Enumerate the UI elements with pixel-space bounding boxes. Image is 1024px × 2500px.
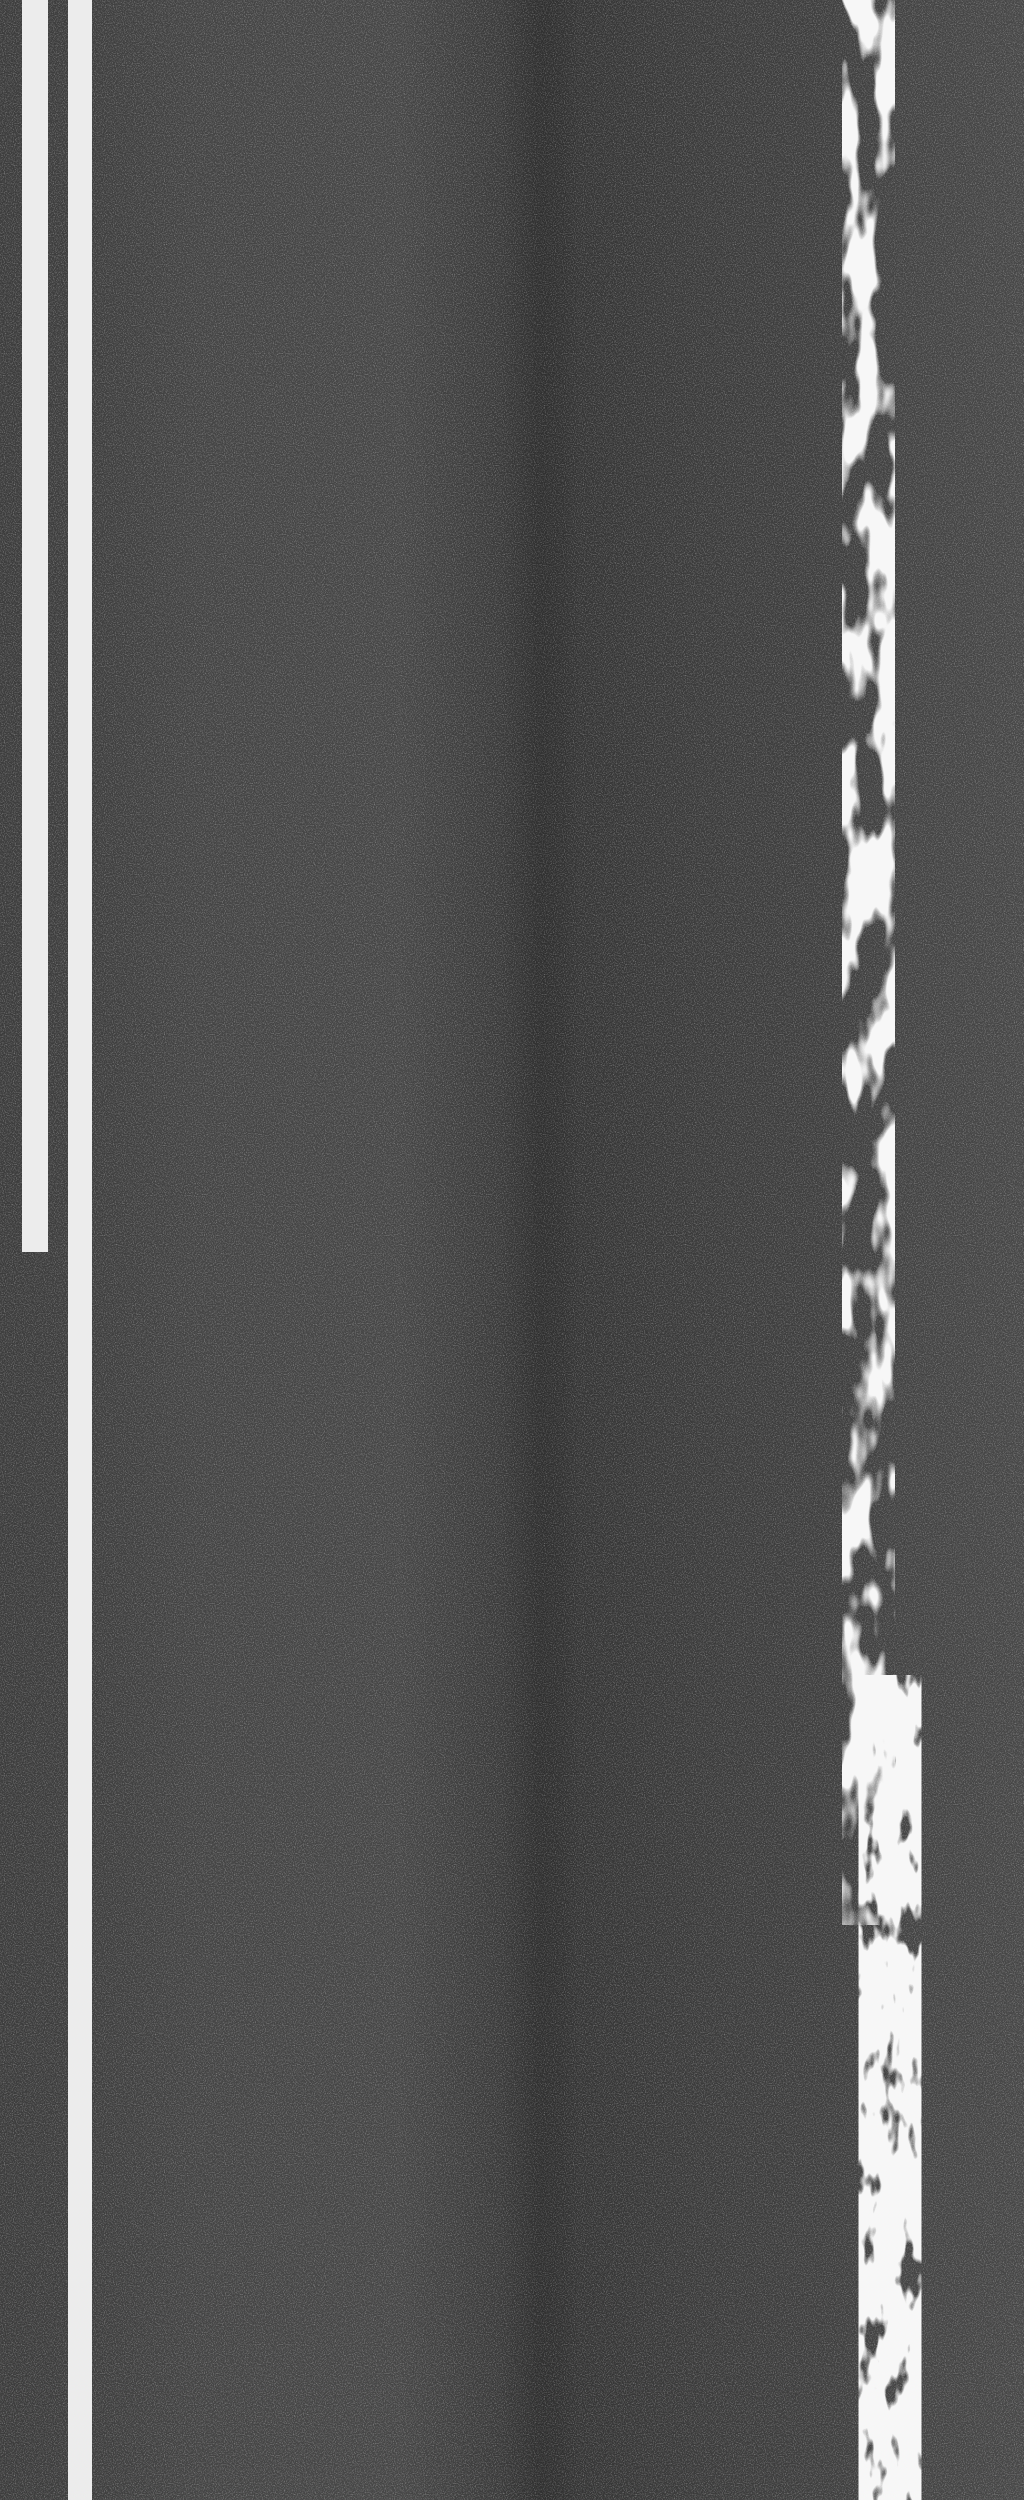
left-lane-line-outer <box>22 0 48 1252</box>
left-lane-line-inner <box>68 0 92 2500</box>
right-edge-line <box>842 0 932 2500</box>
road-surface <box>0 0 1024 2500</box>
tire-track-shade <box>500 0 580 2500</box>
